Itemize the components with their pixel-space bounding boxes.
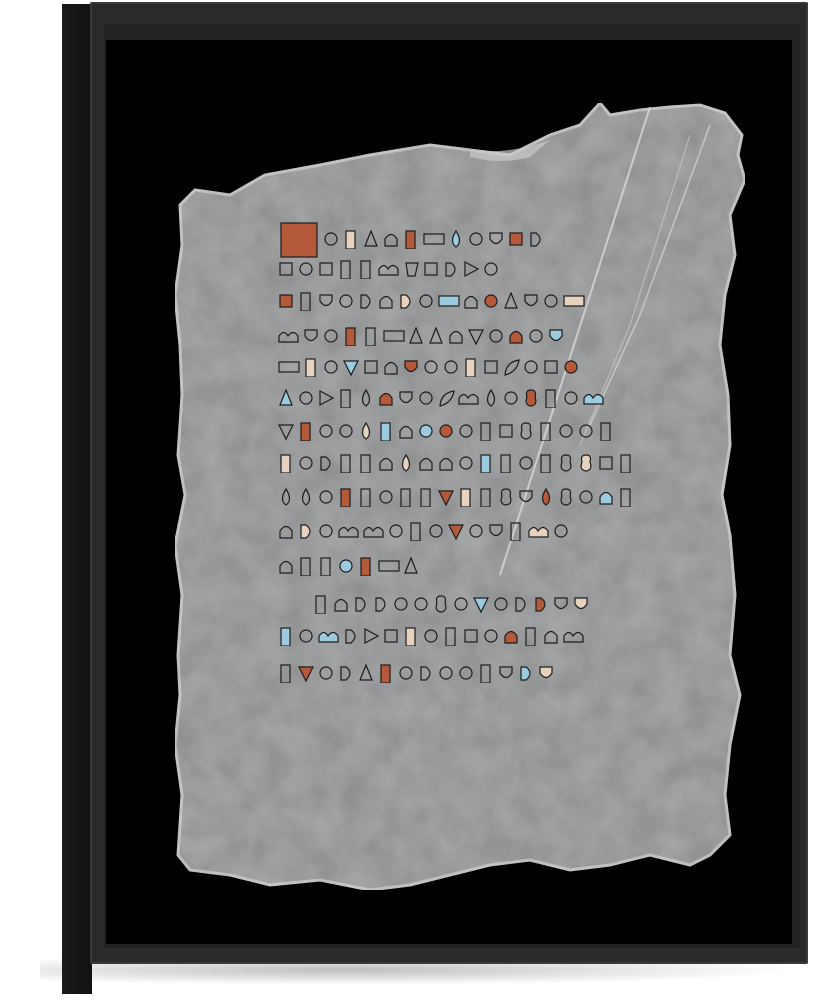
glyph-tri-r — [318, 389, 335, 412]
glyph-arch — [463, 292, 480, 315]
glyph-o — [418, 389, 435, 412]
glyph-o — [298, 389, 315, 412]
glyph-o — [338, 422, 355, 445]
glyph-arch-rust — [508, 327, 525, 350]
glyph-o — [458, 664, 475, 687]
glyph-rect-tall — [358, 488, 375, 511]
glyph-arch — [418, 454, 435, 477]
glyph-m — [363, 522, 385, 545]
glyph-o — [318, 522, 335, 545]
glyph-o — [318, 422, 335, 445]
glyph-u — [518, 488, 535, 511]
glyph-rect-tall — [363, 327, 380, 350]
glyph-sq — [318, 260, 335, 283]
glyph-u-rust — [403, 358, 420, 381]
glyph-tri — [403, 557, 420, 580]
glyph-d — [353, 595, 370, 618]
glyph-arch-rust — [503, 627, 520, 650]
glyph-drop — [483, 389, 500, 412]
glyph-8-cream — [578, 454, 595, 477]
glyph-8 — [558, 454, 575, 477]
glyph-o — [423, 627, 440, 650]
glyph-rect-wide-cream — [563, 292, 585, 315]
glyph-o — [578, 422, 595, 445]
glyph-arch — [278, 522, 295, 545]
glyph-sq — [363, 358, 380, 381]
glyph-rect-tall — [418, 488, 435, 511]
glyph-o-sky — [418, 422, 435, 445]
glyph-o — [453, 595, 470, 618]
glyph-rect-tall-cream — [303, 358, 320, 381]
glyph-o — [488, 327, 505, 350]
glyph-rect-tall — [478, 488, 495, 511]
glyph-u — [498, 664, 515, 687]
glyph-o — [438, 664, 455, 687]
glyph-rect-wide — [378, 557, 400, 580]
glyph-tri — [358, 664, 375, 687]
glyph-rect-tall — [338, 454, 355, 477]
glyph-u — [488, 522, 505, 545]
glyph-tri — [408, 327, 425, 350]
glyph-o-rust — [438, 422, 455, 445]
glyph-tri-sky — [278, 389, 295, 412]
glyph-o — [458, 454, 475, 477]
glyph-d-cream — [298, 522, 315, 545]
glyph-d — [338, 664, 355, 687]
glyph-field — [0, 0, 813, 1000]
glyph-drop — [298, 488, 315, 511]
glyph-arch — [543, 627, 560, 650]
glyph-rect-tall — [298, 292, 315, 315]
glyph-o — [298, 627, 315, 650]
glyph-8 — [558, 488, 575, 511]
glyph-rect-tall — [318, 557, 335, 580]
glyph-rect-tall-rust — [378, 664, 395, 687]
glyph-rect-tall — [598, 422, 615, 445]
glyph-8 — [518, 422, 535, 445]
glyph-m — [563, 627, 585, 650]
glyph-rect-tall — [478, 664, 495, 687]
glyph-tri-d — [468, 327, 485, 350]
glyph-rect-tall-sky — [478, 454, 495, 477]
glyph-rect-tall-rust — [358, 557, 375, 580]
glyph-u — [488, 230, 505, 253]
glyph-rect-tall — [618, 454, 635, 477]
glyph-rect-tall-rust — [403, 230, 420, 253]
glyph-d — [343, 627, 360, 650]
glyph-rect-tall-cream — [343, 230, 360, 253]
glyph-leaf — [438, 389, 455, 412]
glyph-drop-sky — [448, 230, 465, 253]
glyph-drop-rust — [538, 488, 555, 511]
glyph-o — [518, 454, 535, 477]
glyph-o — [323, 327, 340, 350]
glyph-tri-d-rust — [298, 664, 315, 687]
glyph-rect-wide — [423, 230, 445, 253]
glyph-sq-rust — [508, 230, 525, 253]
glyph-o — [418, 292, 435, 315]
glyph-rect-tall-cream — [458, 488, 475, 511]
glyph-rect-tall — [618, 488, 635, 511]
glyph-rect-tall — [508, 522, 525, 545]
glyph-o — [423, 358, 440, 381]
glyph-drop — [358, 389, 375, 412]
glyph-d — [443, 260, 460, 283]
glyph-rect-tall — [478, 422, 495, 445]
glyph-rect-tall — [523, 627, 540, 650]
glyph-tri-d-rust — [438, 488, 455, 511]
glyph-rect-tall-rust — [338, 488, 355, 511]
glyph-o — [298, 260, 315, 283]
glyph-arch-rust — [378, 389, 395, 412]
glyph-o — [388, 522, 405, 545]
glyph-m-sky — [318, 627, 340, 650]
glyph-sq — [543, 358, 560, 381]
glyph-o — [543, 292, 560, 315]
glyph-rect-tall — [338, 260, 355, 283]
glyph-drop-cream — [358, 422, 375, 445]
glyph-tri — [503, 292, 520, 315]
glyph-rect-wide-sky — [438, 292, 460, 315]
glyph-arch — [448, 327, 465, 350]
glyph-rect-tall-sky — [278, 627, 295, 650]
glyph-drop-cream — [398, 454, 415, 477]
glyph-rect-tall-cream — [463, 358, 480, 381]
glyph-o — [428, 522, 445, 545]
glyph-sq — [278, 260, 295, 283]
glyph-rect-tall-rust — [298, 422, 315, 445]
glyph-8 — [433, 595, 450, 618]
glyph-rect-tall — [408, 522, 425, 545]
glyph-d — [358, 292, 375, 315]
glyph-m — [338, 522, 360, 545]
glyph-rect-tall — [398, 488, 415, 511]
glyph-tri-d-rust — [448, 522, 465, 545]
glyph-o — [398, 664, 415, 687]
glyph-rect-tall — [538, 422, 555, 445]
glyph-rect-tall-cream — [403, 627, 420, 650]
glyph-o — [468, 522, 485, 545]
glyph-o-rust — [563, 358, 580, 381]
glyph-sq-rust — [278, 292, 295, 315]
glyph-m-sky — [583, 389, 605, 412]
glyph-m — [278, 327, 300, 350]
glyph-d — [528, 230, 545, 253]
glyph-u-cream — [538, 664, 555, 687]
glyph-tri-d-sky — [473, 595, 490, 618]
glyph-rect-wide — [383, 327, 405, 350]
glyph-o — [323, 230, 340, 253]
glyph-o — [378, 488, 395, 511]
glyph-rect-wide — [278, 358, 300, 381]
glyph-u — [398, 389, 415, 412]
glyph-d — [373, 595, 390, 618]
glyph-arch — [378, 292, 395, 315]
glyph-rect-tall-rust — [343, 327, 360, 350]
glyph-arch-sky — [598, 488, 615, 511]
glyph-sq — [423, 260, 440, 283]
glyph-arch — [333, 595, 350, 618]
glyph-arch — [378, 454, 395, 477]
glyph-d-rust — [533, 595, 550, 618]
glyph-o — [318, 488, 335, 511]
glyph-tri — [363, 230, 380, 253]
glyph-rect-tall — [278, 664, 295, 687]
glyph-rect-tall-sky — [378, 422, 395, 445]
glyph-o — [578, 488, 595, 511]
glyph-sq — [498, 422, 515, 445]
glyph-d — [318, 454, 335, 477]
glyph-u — [318, 292, 335, 315]
glyph-o — [563, 389, 580, 412]
glyph-d-sky — [518, 664, 535, 687]
glyph-sq-big-rust — [280, 222, 320, 264]
glyph-u-cream — [573, 595, 590, 618]
glyph-arch — [383, 230, 400, 253]
glyph-8 — [498, 488, 515, 511]
glyph-o — [298, 454, 315, 477]
glyph-o — [323, 358, 340, 381]
glyph-o — [503, 389, 520, 412]
glyph-tri-r — [463, 260, 480, 283]
glyph-arch — [398, 422, 415, 445]
glyph-o — [458, 422, 475, 445]
glyph-o — [468, 230, 485, 253]
glyph-rect-tall — [298, 557, 315, 580]
glyph-d — [513, 595, 530, 618]
glyph-rect-tall — [543, 389, 560, 412]
glyph-o — [483, 627, 500, 650]
glyph-o-sky — [338, 557, 355, 580]
glyph-sq — [463, 627, 480, 650]
glyph-tri-d-sky — [343, 358, 360, 381]
glyph-o — [483, 260, 500, 283]
glyph-8-rust — [523, 389, 540, 412]
glyph-arch — [383, 358, 400, 381]
glyph-m-cream — [528, 522, 550, 545]
glyph-u — [553, 595, 570, 618]
glyph-o — [318, 664, 335, 687]
glyph-u — [523, 292, 540, 315]
glyph-rect-tall — [358, 260, 375, 283]
glyph-o — [493, 595, 510, 618]
glyph-o — [393, 595, 410, 618]
glyph-drop — [278, 488, 295, 511]
glyph-trap — [403, 260, 420, 283]
glyph-sq — [598, 454, 615, 477]
glyph-m — [458, 389, 480, 412]
glyph-o — [413, 595, 430, 618]
glyph-arch — [438, 454, 455, 477]
glyph-o — [443, 358, 460, 381]
glyph-u — [303, 327, 320, 350]
glyph-leaf — [503, 358, 520, 381]
glyph-sq — [383, 627, 400, 650]
glyph-tri-r — [363, 627, 380, 650]
glyph-m — [378, 260, 400, 283]
glyph-rect-tall — [313, 595, 330, 618]
glyph-rect-tall — [498, 454, 515, 477]
glyph-o — [558, 422, 575, 445]
glyph-arch — [278, 557, 295, 580]
glyph-rect-tall — [443, 627, 460, 650]
glyph-u-sky — [548, 327, 565, 350]
glyph-tri — [428, 327, 445, 350]
glyph-tri-d — [278, 422, 295, 445]
glyph-rect-tall-cream — [278, 454, 295, 477]
glyph-rect-tall — [358, 454, 375, 477]
glyph-o — [528, 327, 545, 350]
glyph-o-rust — [483, 292, 500, 315]
glyph-d-cream — [398, 292, 415, 315]
glyph-o — [338, 292, 355, 315]
glyph-d — [418, 664, 435, 687]
glyph-rect-tall — [338, 389, 355, 412]
glyph-sq — [483, 358, 500, 381]
glyph-o — [553, 522, 570, 545]
glyph-o — [523, 358, 540, 381]
glyph-rect-tall — [538, 454, 555, 477]
